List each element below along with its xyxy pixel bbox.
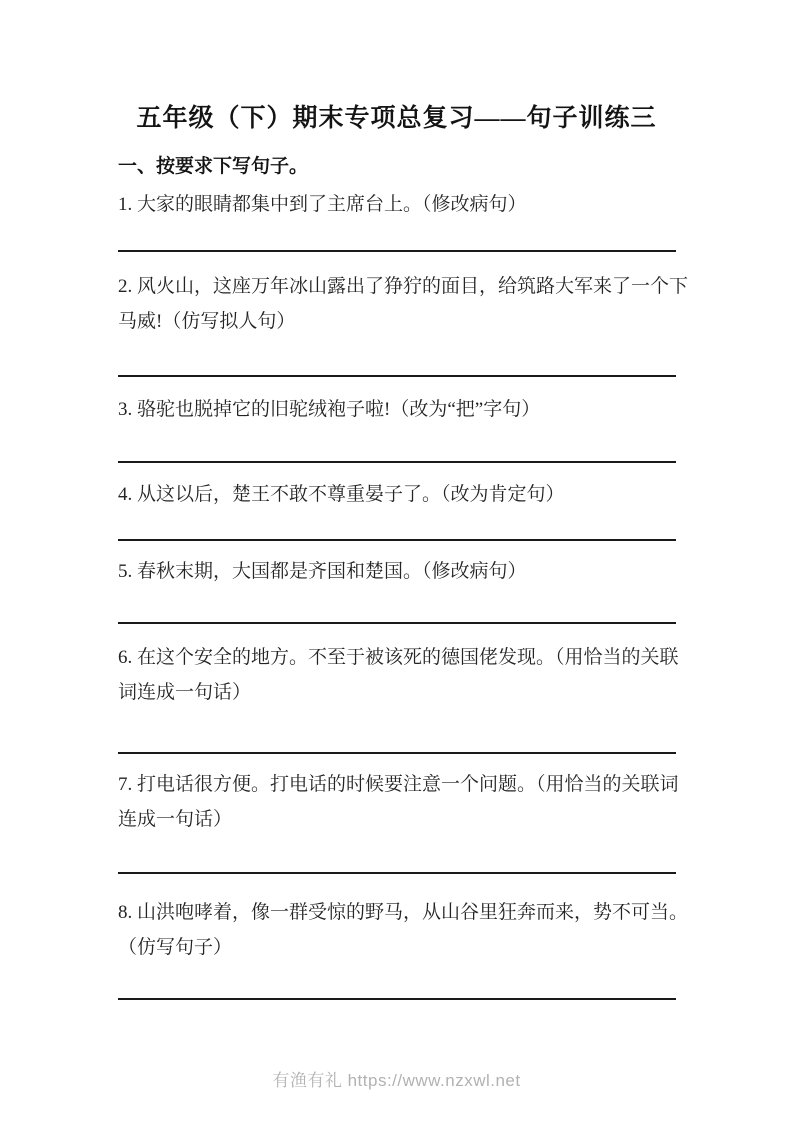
question-4: 4. 从这以后，楚王不敢不尊重晏子了。（改为肯定句）: [118, 477, 680, 512]
section-heading: 一、按要求下写句子。: [118, 151, 308, 178]
question-7: 7. 打电话很方便。打电话的时候要注意一个问题。（用恰当的关联词 连成一句话）: [118, 767, 680, 837]
question-text: 4. 从这以后，楚王不敢不尊重晏子了。（改为肯定句）: [118, 477, 680, 512]
question-6: 6. 在这个安全的地方。不至于被该死的德国佬发现。（用恰当的关联 词连成一句话）: [118, 640, 680, 710]
answer-blank-line-4: [118, 539, 676, 541]
answer-blank-line-1: [118, 250, 676, 252]
question-text: 连成一句话）: [118, 802, 680, 837]
question-3: 3. 骆驼也脱掉它的旧驼绒袍子啦!（改为“把”字句）: [118, 392, 680, 427]
question-1: 1. 大家的眼睛都集中到了主席台上。（修改病句）: [118, 187, 680, 222]
answer-blank-line-8: [118, 998, 676, 1000]
page-title: 五年级（下）期末专项总复习——句子训练三: [0, 98, 793, 134]
answer-blank-line-6: [118, 752, 676, 754]
question-text: （仿写句子）: [118, 930, 680, 965]
question-text: 2. 风火山，这座万年冰山露出了狰狞的面目，给筑路大军来了一个下: [118, 269, 680, 304]
question-text: 7. 打电话很方便。打电话的时候要注意一个问题。（用恰当的关联词: [118, 767, 680, 802]
answer-blank-line-5: [118, 622, 676, 624]
question-text: 8. 山洪咆哮着，像一群受惊的野马，从山谷里狂奔而来，势不可当。: [118, 895, 680, 930]
question-text: 6. 在这个安全的地方。不至于被该死的德国佬发现。（用恰当的关联: [118, 640, 680, 675]
question-text: 3. 骆驼也脱掉它的旧驼绒袍子啦!（改为“把”字句）: [118, 392, 680, 427]
question-5: 5. 春秋末期，大国都是齐国和楚国。（修改病句）: [118, 554, 680, 589]
question-text: 马威!（仿写拟人句）: [118, 304, 680, 339]
question-8: 8. 山洪咆哮着，像一群受惊的野马，从山谷里狂奔而来，势不可当。 （仿写句子）: [118, 895, 680, 965]
answer-blank-line-3: [118, 461, 676, 463]
worksheet-page: 五年级（下）期末专项总复习——句子训练三 一、按要求下写句子。 1. 大家的眼睛…: [0, 0, 793, 1122]
footer-watermark: 有渔有礼 https://www.nzxwl.net: [0, 1066, 793, 1091]
question-text: 词连成一句话）: [118, 675, 680, 710]
question-text: 1. 大家的眼睛都集中到了主席台上。（修改病句）: [118, 187, 680, 222]
question-2: 2. 风火山，这座万年冰山露出了狰狞的面目，给筑路大军来了一个下 马威!（仿写拟…: [118, 269, 680, 339]
question-text: 5. 春秋末期，大国都是齐国和楚国。（修改病句）: [118, 554, 680, 589]
answer-blank-line-2: [118, 375, 676, 377]
answer-blank-line-7: [118, 872, 676, 874]
